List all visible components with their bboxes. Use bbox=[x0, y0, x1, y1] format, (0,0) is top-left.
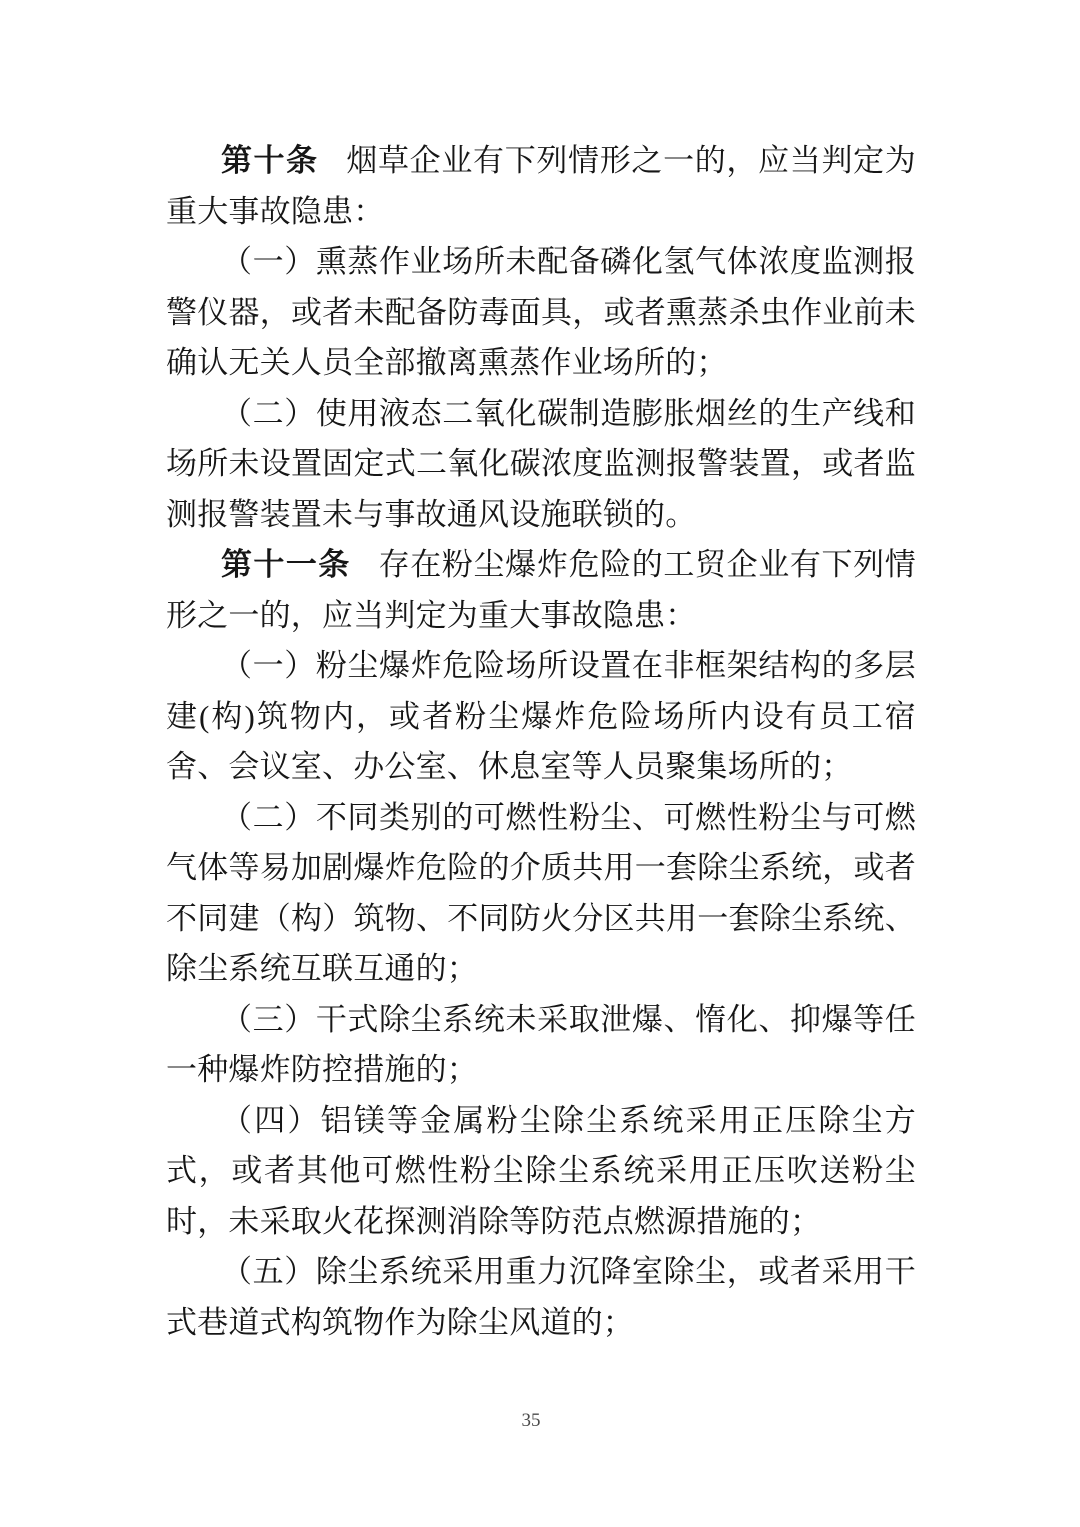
document-page: 第十条烟草企业有下列情形之一的，应当判定为重大事故隐患： （一）熏蒸作业场所未配… bbox=[0, 0, 1080, 1527]
page-number: 35 bbox=[0, 1410, 1071, 1432]
article-11-opening: 第十一条存在粉尘爆炸危险的工贸企业有下列情形之一的，应当判定为重大事故隐患： bbox=[166, 540, 916, 641]
article-10-heading: 第十条 bbox=[221, 143, 318, 178]
article-10-opening: 第十条烟草企业有下列情形之一的，应当判定为重大事故隐患： bbox=[166, 136, 916, 237]
article-10-item-2: （二）使用液态二氧化碳制造膨胀烟丝的生产线和场所未设置固定式二氧化碳浓度监测报警… bbox=[166, 389, 916, 541]
article-11-item-2: （二）不同类别的可燃性粉尘、可燃性粉尘与可燃气体等易加剧爆炸危险的介质共用一套除… bbox=[166, 793, 916, 995]
article-11-item-4: （四）铝镁等金属粉尘除尘系统采用正压除尘方式，或者其他可燃性粉尘除尘系统采用正压… bbox=[166, 1096, 916, 1248]
article-11-item-1: （一）粉尘爆炸危险场所设置在非框架结构的多层建(构)筑物内，或者粉尘爆炸危险场所… bbox=[166, 641, 916, 793]
article-11-item-5: （五）除尘系统采用重力沉降室除尘，或者采用干式巷道式构筑物作为除尘风道的； bbox=[166, 1247, 916, 1348]
document-body: 第十条烟草企业有下列情形之一的，应当判定为重大事故隐患： （一）熏蒸作业场所未配… bbox=[166, 136, 916, 1348]
article-10-item-1: （一）熏蒸作业场所未配备磷化氢气体浓度监测报警仪器，或者未配备防毒面具，或者熏蒸… bbox=[166, 237, 916, 389]
article-11-item-3: （三）干式除尘系统未采取泄爆、惰化、抑爆等任一种爆炸防控措施的； bbox=[166, 995, 916, 1096]
article-11-heading: 第十一条 bbox=[221, 547, 351, 582]
